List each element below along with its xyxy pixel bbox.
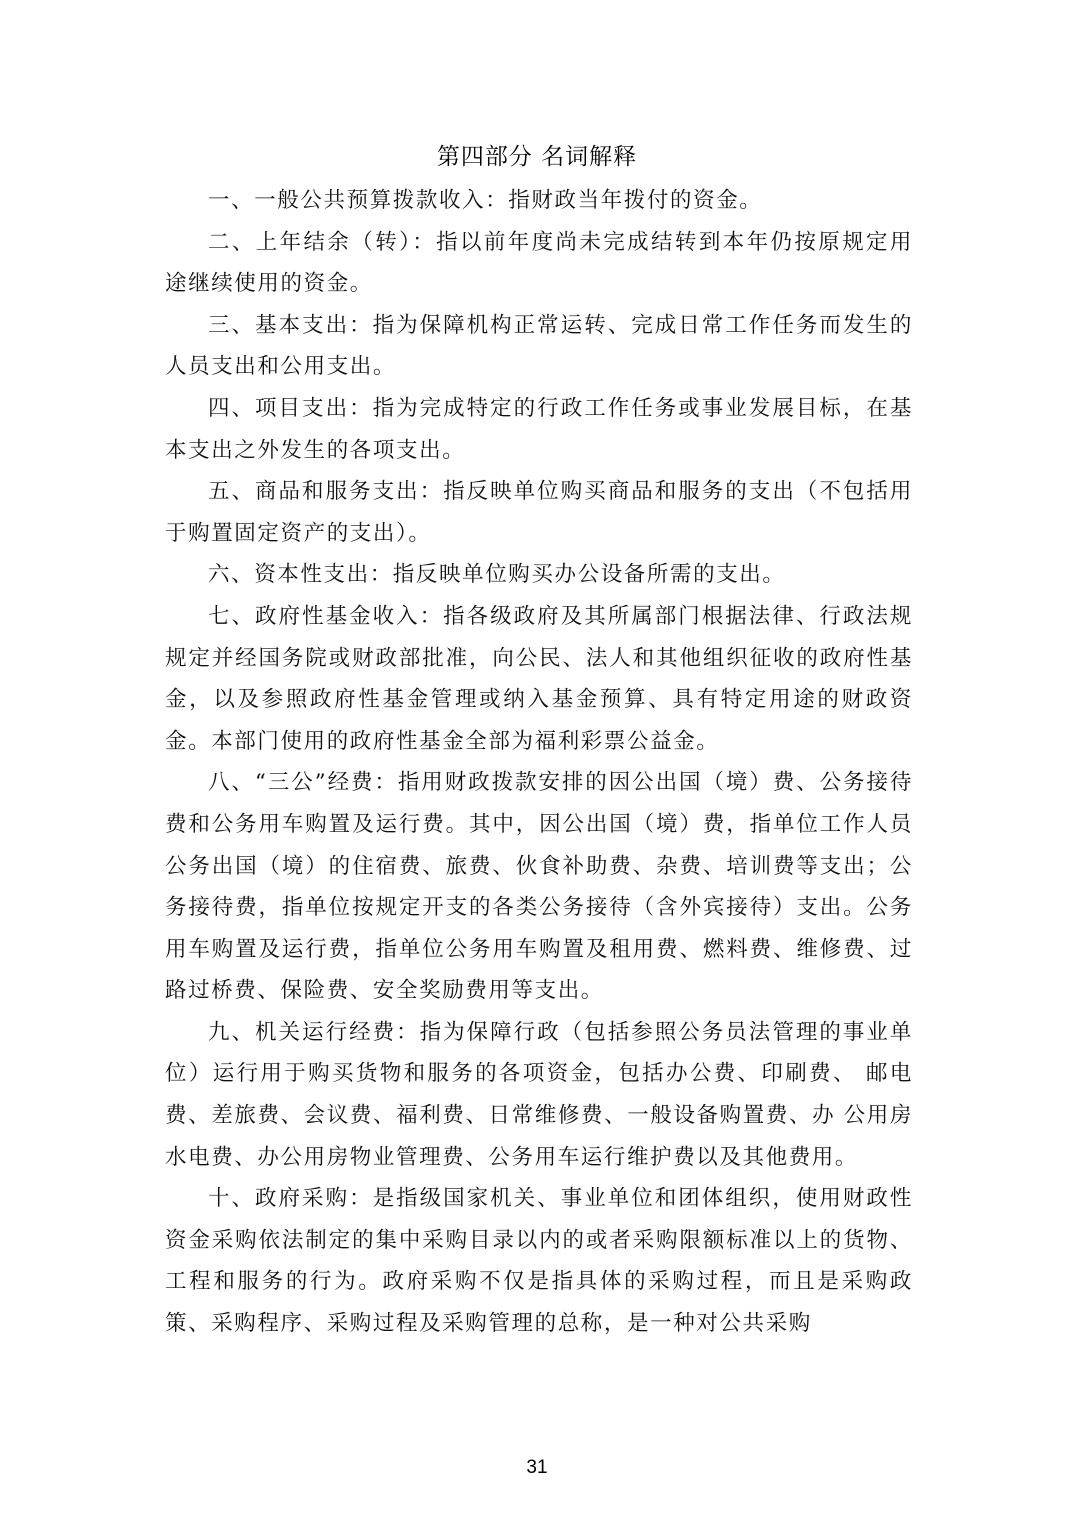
glossary-item-government-procurement: 十、政府采购：是指级国家机关、事业单位和团体组织，使用财政性资金采购依法制定的集… — [165, 1178, 913, 1344]
glossary-item-government-fund-income: 七、政府性基金收入：指各级政府及其所属部门根据法律、行政法规规定并经国务院或财政… — [165, 596, 913, 762]
glossary-item-agency-operating-expenses: 九、机关运行经费：指为保障行政（包括参照公务员法管理的事业单位）运行用于购买货物… — [165, 1012, 913, 1178]
page-number: 31 — [0, 1456, 1074, 1480]
glossary-item-goods-services-expenditure: 五、商品和服务支出：指反映单位购买商品和服务的支出（不包括用于购置固定资产的支出… — [165, 471, 913, 554]
glossary-item-basic-expenditure: 三、基本支出：指为保障机构正常运转、完成日常工作任务而发生的人员支出和公用支出。 — [165, 305, 913, 388]
document-page: 第四部分 名词解释 一、一般公共预算拨款收入：指财政当年拨付的资金。 二、上年结… — [0, 0, 1074, 1520]
glossary-item-general-budget-income: 一、一般公共预算拨款收入：指财政当年拨付的资金。 — [165, 180, 913, 222]
section-title: 第四部分 名词解释 — [0, 140, 1074, 174]
glossary-item-three-public-expenses: 八、“三公”经费：指用财政拨款安排的因公出国（境）费、公务接待费和公务用车购置及… — [165, 762, 913, 1012]
glossary-body: 一、一般公共预算拨款收入：指财政当年拨付的资金。 二、上年结余（转）：指以前年度… — [165, 180, 913, 1345]
glossary-item-project-expenditure: 四、项目支出：指为完成特定的行政工作任务或事业发展目标，在基本支出之外发生的各项… — [165, 388, 913, 471]
glossary-item-prior-year-balance: 二、上年结余（转）：指以前年度尚未完成结转到本年仍按原规定用途继续使用的资金。 — [165, 222, 913, 305]
glossary-item-capital-expenditure: 六、资本性支出：指反映单位购买办公设备所需的支出。 — [165, 554, 913, 596]
